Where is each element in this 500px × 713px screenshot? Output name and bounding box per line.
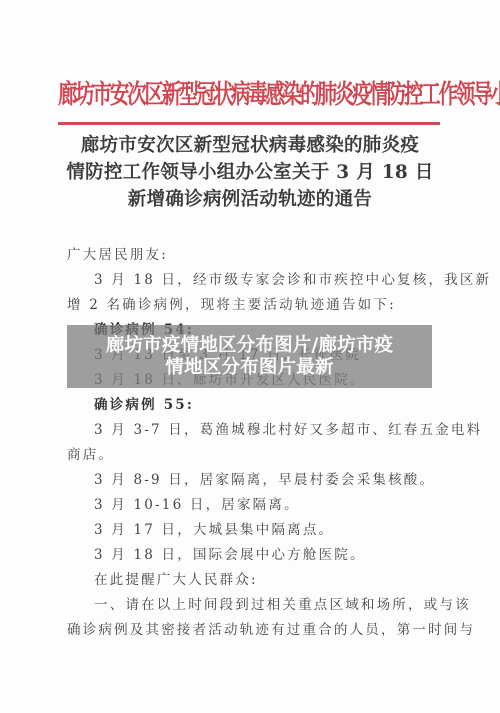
notice-body: 广大居民朋友: 3 月 18 日，经市级专家会诊和市疾控中心复核，我区新 增 2… bbox=[67, 243, 427, 643]
title-line: 廊坊市安次区新型冠状病毒感染的肺炎疫 bbox=[60, 132, 440, 159]
case-55-entry: 商店。 bbox=[67, 443, 427, 468]
notice-title: 廊坊市安次区新型冠状病毒感染的肺炎疫 情防控工作领导小组办公室关于 3 月 18… bbox=[60, 132, 440, 213]
case-55-entry: 3 月 8-9 日，居家隔离，早晨村委会采集核酸。 bbox=[67, 468, 427, 493]
case-55-entry: 3 月 3-7 日，葛渔城穆北村好又多超市、红春五金电料 bbox=[67, 418, 427, 443]
intro-line: 增 2 名确诊病例，现将主要活动轨迹通告如下: bbox=[67, 293, 427, 318]
overlay-caption-line: 廊坊市疫情地区分布图片/廊坊市疫 bbox=[75, 335, 425, 357]
document-page: 廊坊市安次区新型冠状病毒感染的肺炎疫情防控工作领导小组办公室 廊坊市安次区新型冠… bbox=[0, 0, 500, 713]
title-line: 情防控工作领导小组办公室关于 3 月 18 日 bbox=[60, 159, 440, 186]
case-55-entry: 3 月 10-16 日，居家隔离。 bbox=[67, 493, 427, 518]
salutation: 广大居民朋友: bbox=[67, 243, 427, 268]
case-55-entry: 3 月 17 日，大城县集中隔离点。 bbox=[67, 518, 427, 543]
intro-line: 3 月 18 日，经市级专家会诊和市疾控中心复核，我区新 bbox=[67, 268, 427, 293]
issuer-header: 廊坊市安次区新型冠状病毒感染的肺炎疫情防控工作领导小组办公室 bbox=[58, 80, 440, 110]
reminder-heading: 在此提醒广大人民群众: bbox=[67, 568, 427, 593]
overlay-caption: 廊坊市疫情地区分布图片/廊坊市疫 情地区分布图片最新 bbox=[75, 335, 425, 379]
case-55-heading: 确诊病例 55: bbox=[67, 393, 427, 418]
caption-overlay: 廊坊市疫情地区分布图片/廊坊市疫 情地区分布图片最新 bbox=[67, 325, 432, 388]
reminder-line: 确诊病例及其密接者活动轨迹有过重合的人员，第一时间与 bbox=[67, 618, 427, 643]
case-55-entry: 3 月 18 日，国际会展中心方舱医院。 bbox=[67, 543, 427, 568]
title-line: 新增确诊病例活动轨迹的通告 bbox=[60, 186, 440, 213]
overlay-caption-line: 情地区分布图片最新 bbox=[75, 357, 425, 379]
red-divider bbox=[58, 122, 440, 125]
reminder-line: 一、请在以上时间段到过相关重点区域和场所，或与该 bbox=[67, 593, 427, 618]
